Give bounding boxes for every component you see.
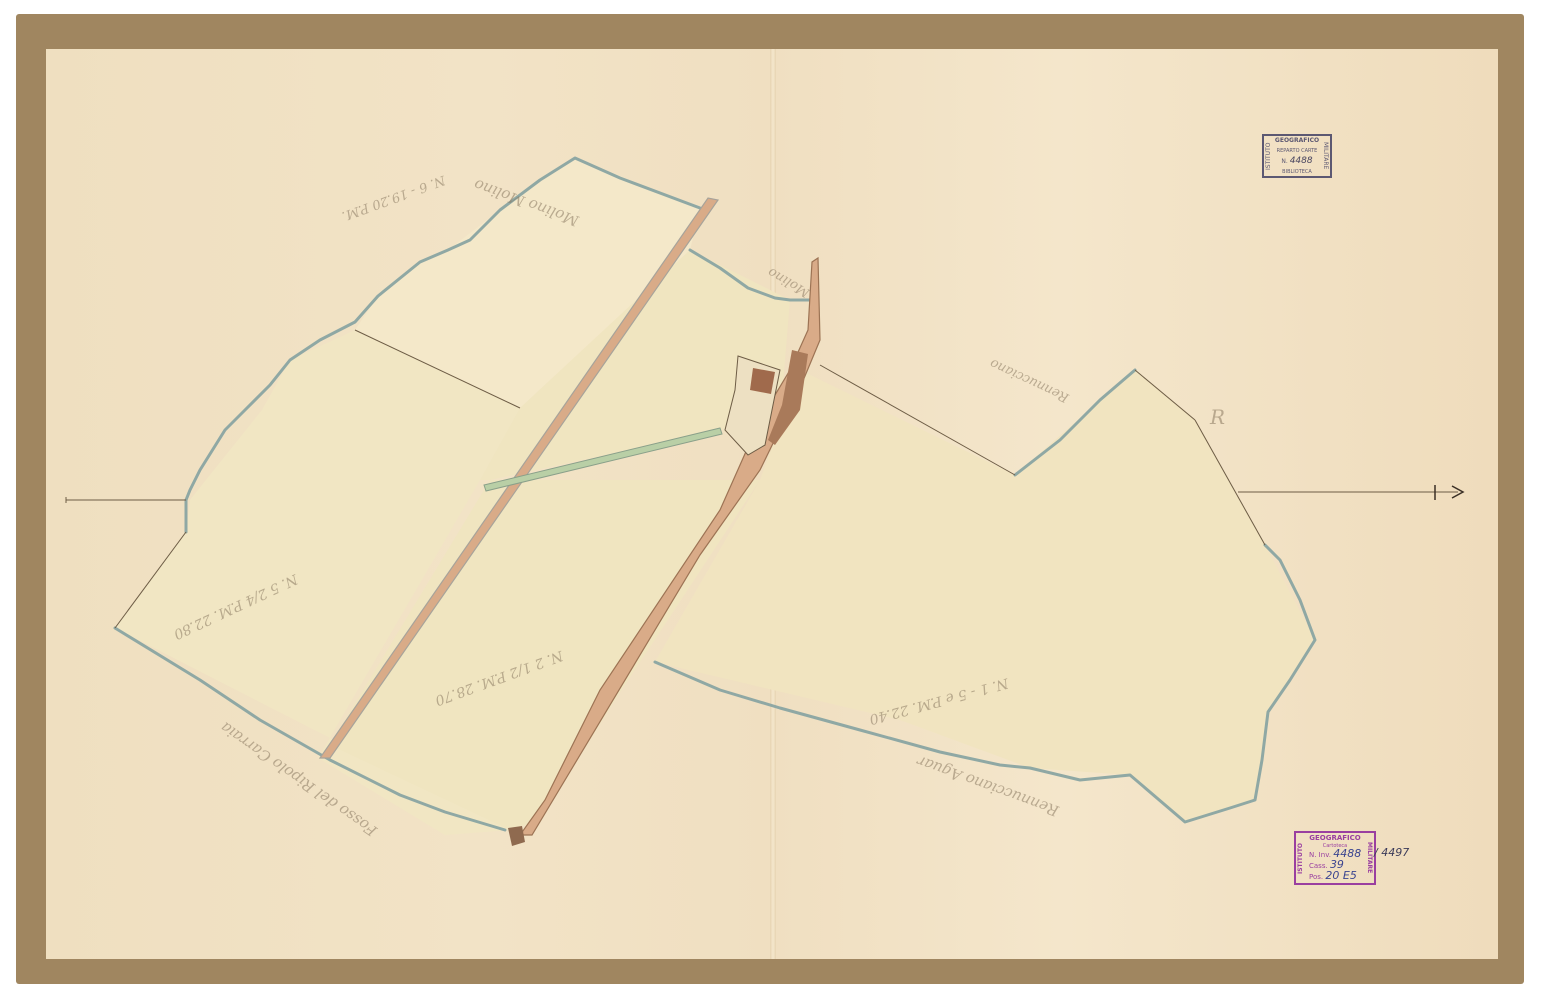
stamp2-side-right: MILITARE [1364,833,1374,883]
library-stamp: ISTITUTO GEOGRAFICO REPARTO CARTE N. 448… [1262,134,1332,178]
boundary-label-r: R [1210,405,1225,429]
stamp-handwritten-note: / 4497 [1374,846,1409,859]
stamp-side-left: ISTITUTO [1264,136,1274,176]
stamp-number: 4488 [1290,156,1313,166]
cartoteca-stamp: ISTITUTO GEOGRAFICO Cartoteca N. Inv. 44… [1294,831,1376,885]
stamp2-pos-row: Pos. 20 E5 [1296,871,1374,882]
building-south [508,826,525,846]
stamp-side-right: MILITARE [1320,136,1330,176]
building-main [750,368,775,394]
stamp2-line-1: GEOGRAFICO [1296,833,1374,843]
stamp2-side-left: ISTITUTO [1296,833,1306,883]
stamp2-pos-value: 20 E5 [1325,869,1356,882]
